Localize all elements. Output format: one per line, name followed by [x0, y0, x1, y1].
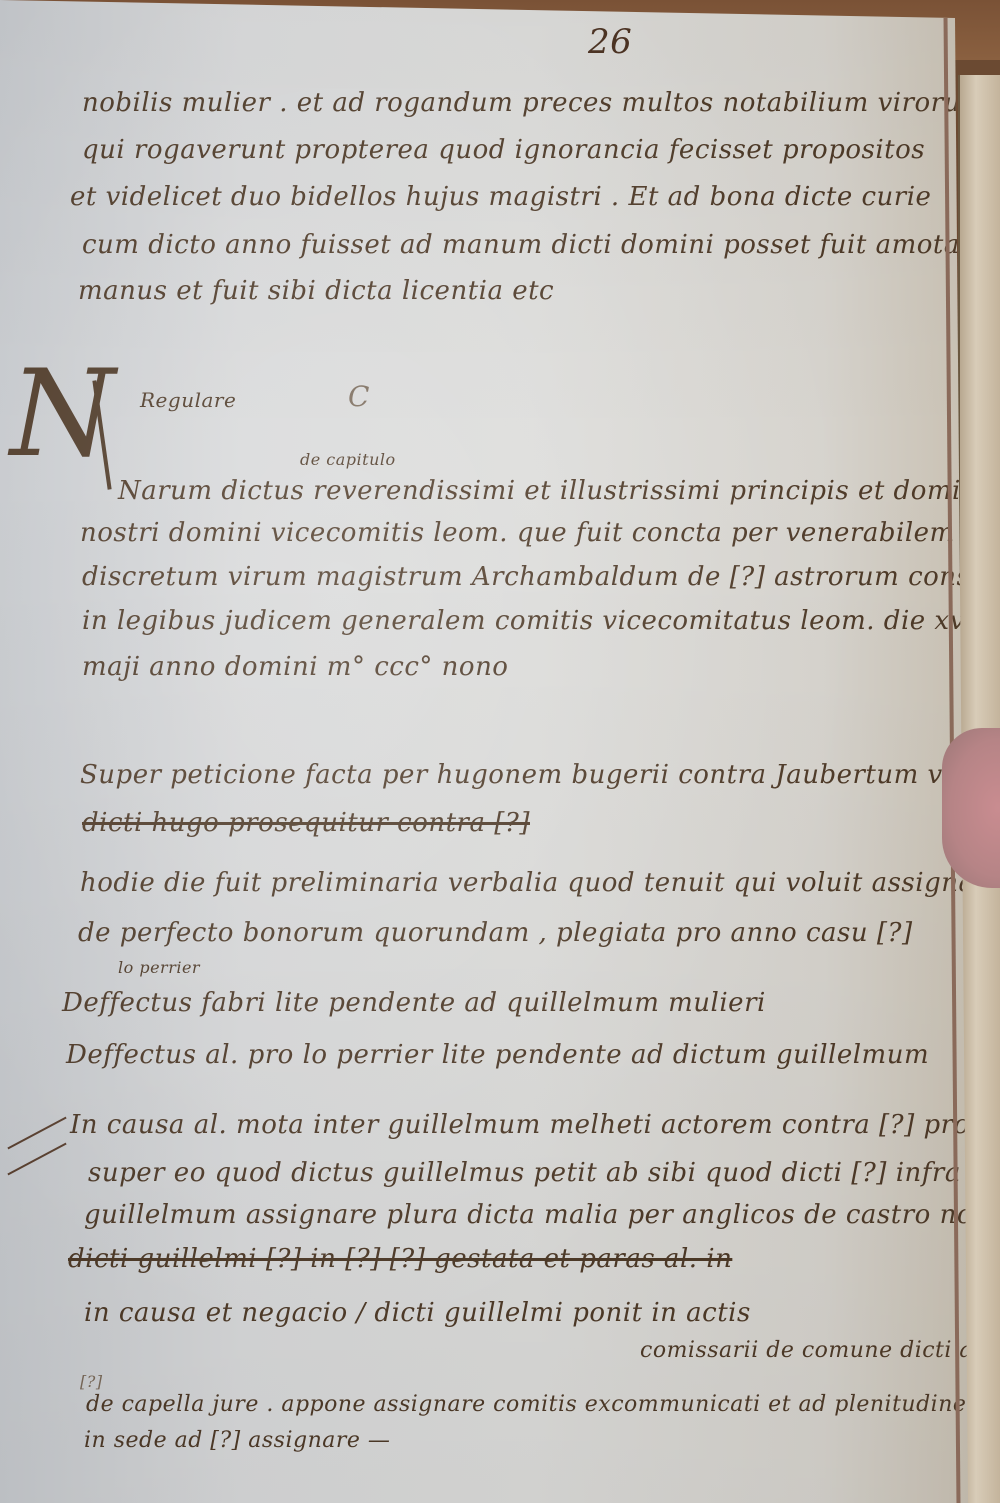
text-line: guillelmum assignare plura dicta malia p…: [84, 1200, 1000, 1230]
text-line: cum dicto anno fuisset ad manum dicti do…: [82, 230, 960, 260]
marginal-hash-mark: [4, 1110, 74, 1190]
marginal-note: Regulare: [140, 388, 236, 412]
struck-text-line: dicti hugo prosequitur contra [?]: [82, 808, 530, 838]
text-line: manus et fuit sibi dicta licentia etc: [78, 276, 554, 306]
text-line: maji anno domini m° ccc° nono: [82, 652, 508, 682]
faint-mark: C: [348, 380, 370, 413]
manuscript-page: 26 nobilis mulier . et ad rogandum prece…: [0, 0, 968, 1503]
interlinear-note: [?]: [80, 1372, 103, 1391]
text-line: nobilis mulier . et ad rogandum preces m…: [82, 88, 986, 118]
text-line: qui rogaverunt propterea quod ignorancia…: [82, 135, 925, 165]
text-line: de perfecto bonorum quorundam , plegiata…: [78, 918, 913, 948]
interlinear-note: lo perrier: [118, 958, 200, 977]
text-line: Narum dictus reverendissimi et illustris…: [118, 476, 987, 506]
text-line: discretum virum magistrum Archambaldum d…: [82, 562, 1000, 592]
decorated-initial: N: [10, 355, 115, 475]
initial-flourish: [92, 380, 111, 489]
text-line: in causa et negacio / dicti guillelmi po…: [84, 1298, 751, 1328]
folio-number: 26: [588, 22, 632, 62]
text-line: comissarii de comune dicti actorum: [640, 1338, 1000, 1363]
text-line: Deffectus fabri lite pendente ad quillel…: [62, 988, 766, 1018]
text-line: In causa al. mota inter guillelmum melhe…: [70, 1110, 1000, 1140]
text-line: Deffectus al. pro lo perrier lite penden…: [66, 1040, 929, 1070]
text-line: de capella jure . appone assignare comit…: [86, 1392, 988, 1417]
text-line: et videlicet duo bidellos hujus magistri…: [70, 182, 931, 212]
text-line: super eo quod dictus guillelmus petit ab…: [88, 1158, 1000, 1188]
struck-text-line: dicti guillelmi [?] in [?] [?] gestata e…: [68, 1244, 732, 1274]
holding-thumb: [942, 728, 1000, 888]
text-line: Super peticione facta per hugonem bugeri…: [80, 760, 1000, 790]
text-line: hodie die fuit preliminaria verbalia quo…: [80, 868, 1000, 898]
text-line: in legibus judicem generalem comitis vic…: [82, 606, 1000, 636]
interlinear-note: de capitulo: [300, 450, 396, 469]
text-line: nostri domini vicecomitis leom. que fuit…: [80, 518, 990, 548]
text-line: in sede ad [?] assignare —: [84, 1428, 390, 1453]
